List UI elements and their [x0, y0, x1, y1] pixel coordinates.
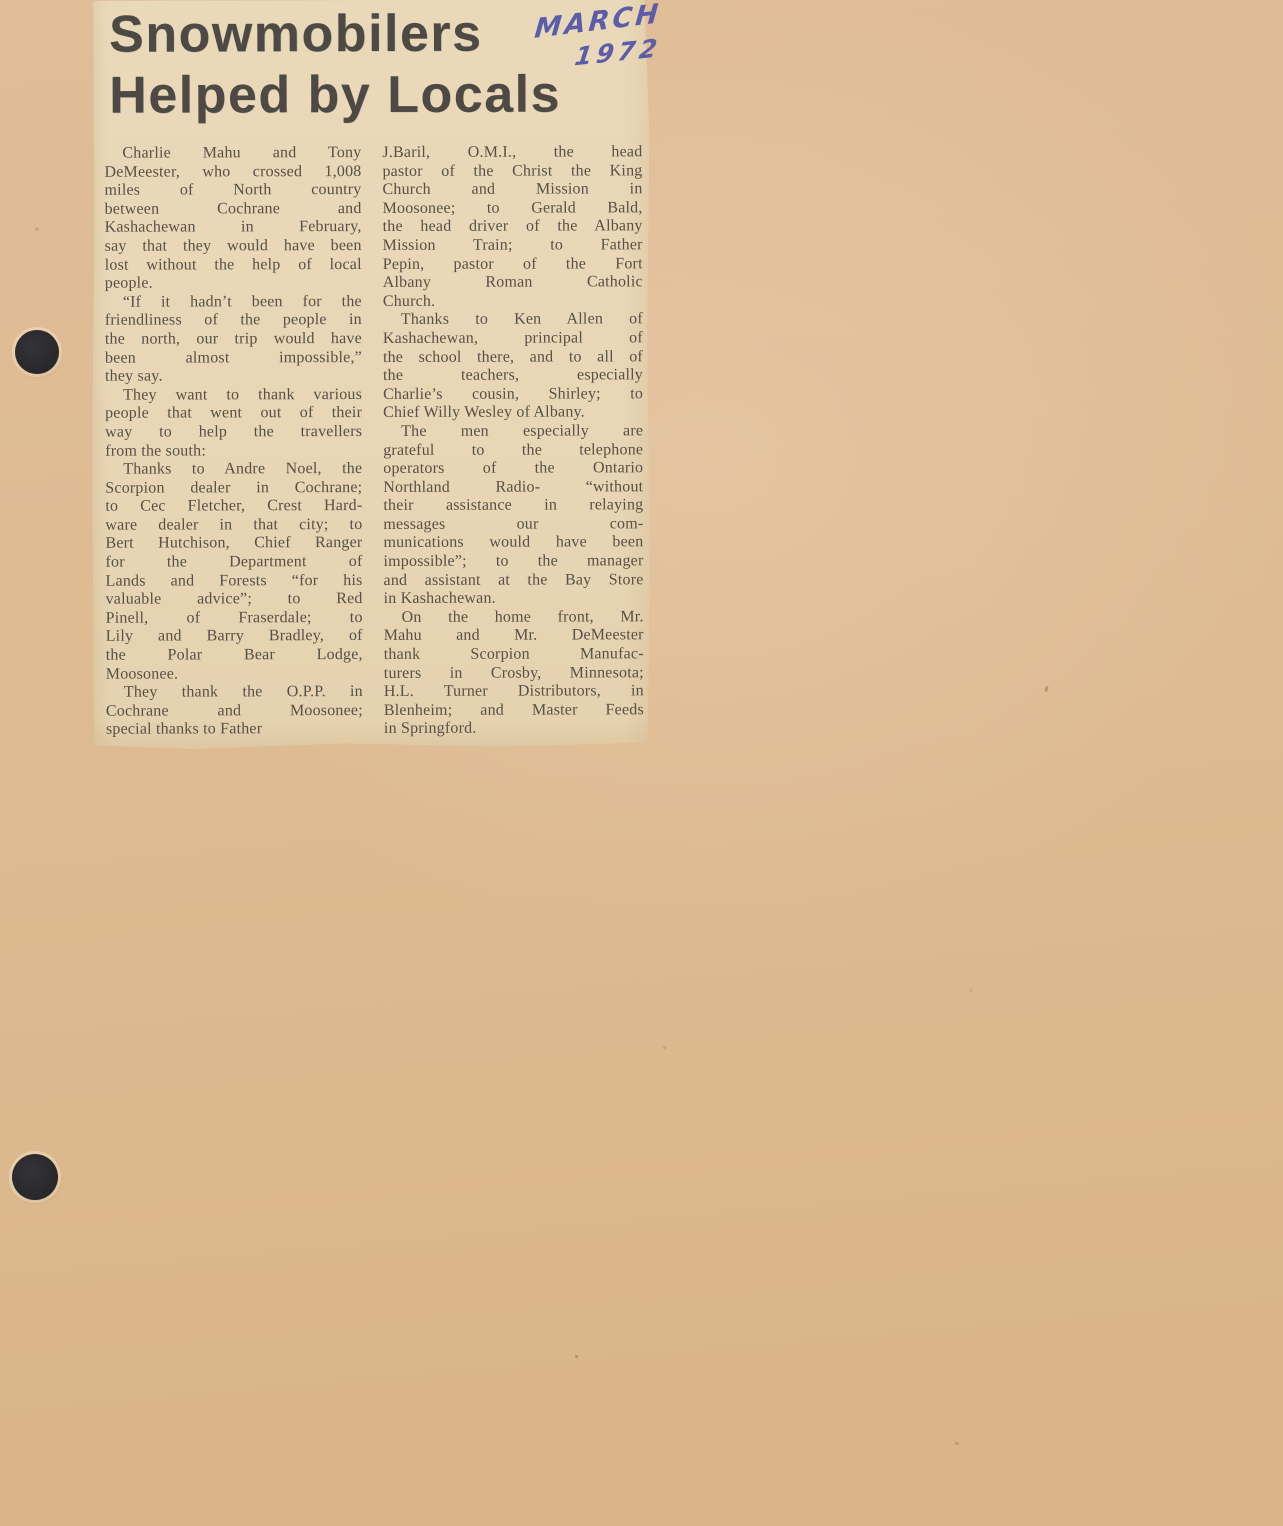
- paper-speck: [663, 1046, 666, 1049]
- paragraph: Thanks to Andre Noel, theScorpion dealer…: [105, 460, 363, 684]
- handwritten-date: MARCH 1972: [534, 2, 664, 73]
- paragraph: J.Baril, O.M.I., the headpastor of the C…: [382, 143, 642, 311]
- article-column-2: J.Baril, O.M.I., the headpastor of the C…: [382, 143, 644, 739]
- paper-speck: [969, 988, 973, 993]
- scrapbook-page: Snowmobilers Helped by Locals Charlie Ma…: [0, 0, 1283, 1526]
- paragraph: Thanks to Ken Allen ofKashachewan, princ…: [383, 311, 643, 423]
- paper-speck: [575, 1355, 578, 1358]
- paragraph: The men especially aregrateful to the te…: [383, 422, 643, 609]
- hole-punch-top: [15, 330, 59, 374]
- paragraph: “If it hadn’t been for thefriendliness o…: [105, 293, 362, 387]
- article-body: Charlie Mahu and TonyDeMeester, who cros…: [91, 125, 651, 739]
- paragraph: They want to thank variouspeople that we…: [105, 386, 362, 461]
- paper-speck: [955, 1442, 959, 1445]
- handwritten-year: 1972: [573, 33, 665, 72]
- headline-line-2: Helped by Locals: [109, 64, 649, 126]
- hole-punch-bottom: [12, 1154, 58, 1200]
- paragraph: Charlie Mahu and TonyDeMeester, who cros…: [104, 144, 361, 293]
- paper-speck: [35, 227, 39, 231]
- clipping-crease: [716, 0, 717, 139]
- paragraph: They thank the O.P.P. inCochrane and Moo…: [106, 683, 363, 739]
- paper-speck: [1044, 686, 1048, 693]
- paragraph: On the home front, Mr.Mahu and Mr. DeMee…: [384, 608, 644, 739]
- article-column-1: Charlie Mahu and TonyDeMeester, who cros…: [104, 144, 363, 740]
- newspaper-clipping: Snowmobilers Helped by Locals Charlie Ma…: [91, 0, 651, 751]
